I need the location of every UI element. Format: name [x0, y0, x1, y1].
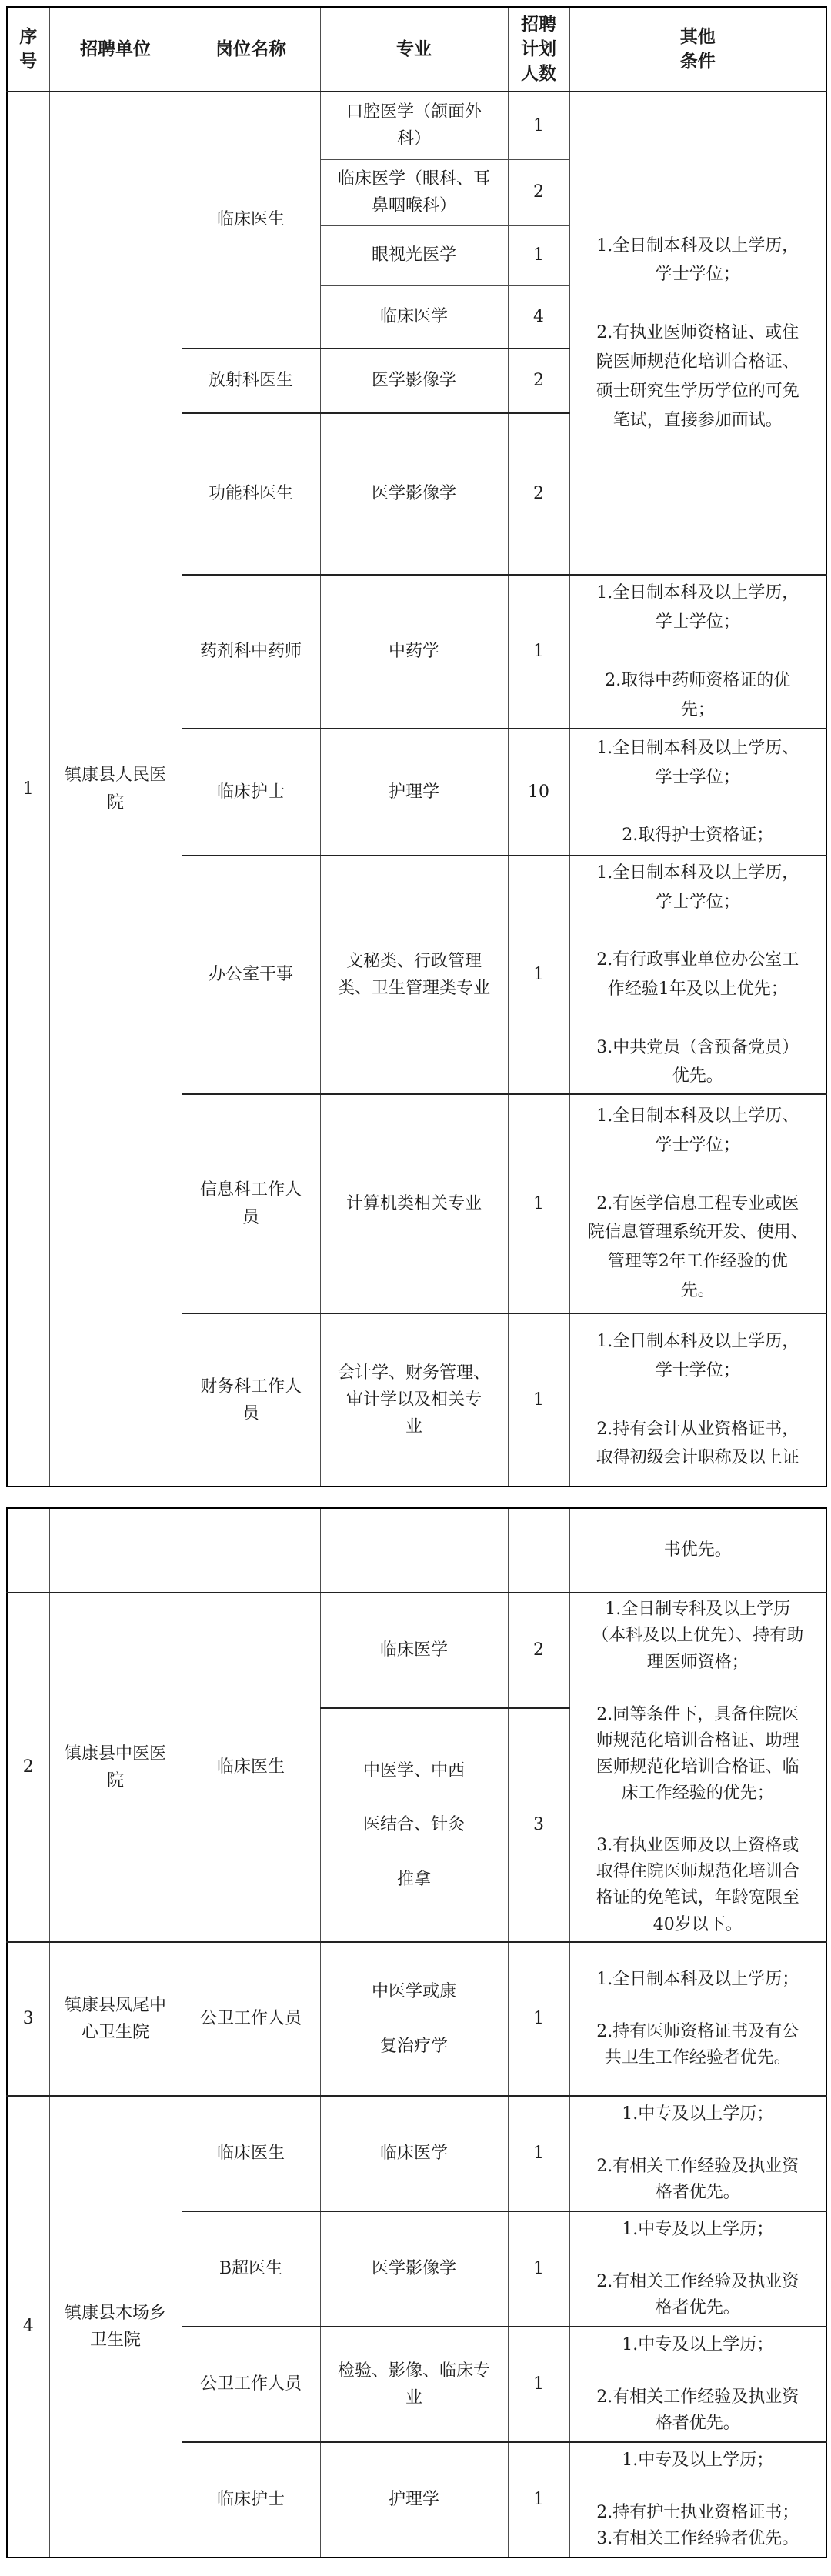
count-cell: 1: [508, 92, 569, 159]
public-health-position: 公卫工作人员: [182, 2327, 320, 2442]
hospital4-unit-name: 镇康县木场乡 卫生院: [49, 2096, 182, 2558]
table-row: 2 镇康县中医医 院 临床医生 临床医学 2 1.全日制专科及以上学历 （本科及…: [7, 1593, 826, 1708]
major-cell: 中医学或康 复治疗学: [320, 1942, 508, 2096]
recruitment-announcement-page: 序号 招聘单位 岗位名称 专业 招聘 计划 人数 其他 条件 1 镇康县人民医 …: [0, 0, 831, 2576]
conditions-cell: 1.全日制本科及以上学历， 学士学位； 2.有执业医师资格证、或住 院医师规范化…: [569, 92, 826, 575]
conditions-cell: 1.全日制本科及以上学历、 学士学位； 2.有医学信息工程专业或医 院信息管理系…: [569, 1094, 826, 1313]
conditions-cell: 1.中专及以上学历； 2.持有护士执业资格证书； 3.有相关工作经验者优先。: [569, 2442, 826, 2558]
count-cell: 2: [508, 413, 569, 575]
major-cell: 中医学、中西 医结合、针灸 推拿: [320, 1708, 508, 1942]
empty-major-cell: [320, 1508, 508, 1593]
count-cell: 2: [508, 159, 569, 225]
empty-unit-cell: [49, 1508, 182, 1593]
major-cell: 护理学: [320, 729, 508, 856]
recruitment-table-part1: 序号 招聘单位 岗位名称 专业 招聘 计划 人数 其他 条件 1 镇康县人民医 …: [6, 6, 827, 1487]
count-cell: 1: [508, 2211, 569, 2327]
conditions-cell: 1.中专及以上学历； 2.有相关工作经验及执业资 格者优先。: [569, 2211, 826, 2327]
count-cell: 1: [508, 2096, 569, 2211]
major-cell: 医学影像学: [320, 2211, 508, 2327]
count-cell: 1: [508, 225, 569, 285]
header-no: 序号: [7, 7, 49, 92]
conditions-cell: 1.中专及以上学历； 2.有相关工作经验及执业资 格者优先。: [569, 2096, 826, 2211]
major-cell: 临床医学: [320, 1593, 508, 1708]
count-cell: 1: [508, 1094, 569, 1313]
major-cell: 医学影像学: [320, 413, 508, 575]
recruitment-table-part2: 书优先。 2 镇康县中医医 院 临床医生 临床医学 2 1.全日制专科及以上学历…: [6, 1507, 827, 2558]
header-count: 招聘 计划 人数: [508, 7, 569, 92]
conditions-cell: 1.全日制本科及以上学历， 学士学位； 2.取得中药师资格证的优 先；: [569, 575, 826, 729]
major-cell: 计算机类相关专业: [320, 1094, 508, 1313]
count-cell: 4: [508, 285, 569, 349]
header-major: 专业: [320, 7, 508, 92]
header-unit: 招聘单位: [49, 7, 182, 92]
major-cell: 临床医学: [320, 2096, 508, 2211]
muchang-nurse-position: 临床护士: [182, 2442, 320, 2558]
count-cell: 1: [508, 1313, 569, 1487]
count-cell: 1: [508, 1942, 569, 2096]
count-cell: 2: [508, 349, 569, 413]
empty-count-cell: [508, 1508, 569, 1593]
hospital2-unit-name: 镇康县中医医 院: [49, 1593, 182, 1942]
header-position: 岗位名称: [182, 7, 320, 92]
count-cell: 1: [508, 575, 569, 729]
major-cell: 医学影像学: [320, 349, 508, 413]
fengwei-position: 公卫工作人员: [182, 1942, 320, 2096]
count-cell: 1: [508, 856, 569, 1094]
hospital3-unit-name: 镇康县凤尾中 心卫生院: [49, 1942, 182, 2096]
conditions-cell: 1.中专及以上学历； 2.有相关工作经验及执业资 格者优先。: [569, 2327, 826, 2442]
radiology-doctor-position: 放射科医生: [182, 349, 320, 413]
hospital4-serial: 4: [7, 2096, 49, 2558]
major-cell: 检验、影像、临床专 业: [320, 2327, 508, 2442]
page-break-gap: [6, 1487, 831, 1507]
count-cell: 1: [508, 2327, 569, 2442]
ultrasound-doctor-position: B超医生: [182, 2211, 320, 2327]
pharmacist-position: 药剂科中药师: [182, 575, 320, 729]
finance-staff-position: 财务科工作人 员: [182, 1313, 320, 1487]
table-row: 3 镇康县凤尾中 心卫生院 公卫工作人员 中医学或康 复治疗学 1 1.全日制本…: [7, 1942, 826, 2096]
muchang-clinical-doctor-position: 临床医生: [182, 2096, 320, 2211]
count-cell: 10: [508, 729, 569, 856]
hospital1-unit-name: 镇康县人民医 院: [49, 92, 182, 1487]
major-cell: 文秘类、行政管理 类、卫生管理类专业: [320, 856, 508, 1094]
major-cell: 口腔医学（颌面外 科）: [320, 92, 508, 159]
count-cell: 1: [508, 2442, 569, 2558]
major-cell: 临床医学: [320, 285, 508, 349]
office-clerk-position: 办公室干事: [182, 856, 320, 1094]
clinical-nurse-position: 临床护士: [182, 729, 320, 856]
header-row: 序号 招聘单位 岗位名称 专业 招聘 计划 人数 其他 条件: [7, 7, 826, 92]
count-cell: 2: [508, 1593, 569, 1708]
empty-serial-cell: [7, 1508, 49, 1593]
count-cell: 3: [508, 1708, 569, 1942]
carryover-row: 书优先。: [7, 1508, 826, 1593]
conditions-cell: 1.全日制本科及以上学历， 学士学位； 2.有行政事业单位办公室工 作经验1年及…: [569, 856, 826, 1094]
major-cell: 会计学、财务管理、 审计学以及相关专 业: [320, 1313, 508, 1487]
hospital3-serial: 3: [7, 1942, 49, 2096]
table-row: 4 镇康县木场乡 卫生院 临床医生 临床医学 1 1.中专及以上学历； 2.有相…: [7, 2096, 826, 2211]
conditions-cell: 1.全日制本科及以上学历、 学士学位； 2.取得护士资格证；: [569, 729, 826, 856]
conditions-cell: 1.全日制本科及以上学历， 学士学位； 2.持有会计从业资格证书， 取得初级会计…: [569, 1313, 826, 1487]
it-staff-position: 信息科工作人 员: [182, 1094, 320, 1313]
major-cell: 临床医学（眼科、耳 鼻咽喉科）: [320, 159, 508, 225]
hospital2-serial: 2: [7, 1593, 49, 1942]
empty-position-cell: [182, 1508, 320, 1593]
major-cell: 护理学: [320, 2442, 508, 2558]
major-cell: 中药学: [320, 575, 508, 729]
header-other-conditions: 其他 条件: [569, 7, 826, 92]
tcm-clinical-doctor-position: 临床医生: [182, 1593, 320, 1942]
carryover-conditions-cell: 书优先。: [569, 1508, 826, 1593]
clinical-doctor-position: 临床医生: [182, 92, 320, 349]
hospital1-serial: 1: [7, 92, 49, 1487]
conditions-cell: 1.全日制本科及以上学历； 2.持有医师资格证书及有公 共卫生工作经验者优先。: [569, 1942, 826, 2096]
table-row: 1 镇康县人民医 院 临床医生 口腔医学（颌面外 科） 1 1.全日制本科及以上…: [7, 92, 826, 159]
functional-doctor-position: 功能科医生: [182, 413, 320, 575]
conditions-cell: 1.全日制专科及以上学历 （本科及以上优先）、持有助 理医师资格； 2.同等条件…: [569, 1593, 826, 1942]
major-cell: 眼视光医学: [320, 225, 508, 285]
